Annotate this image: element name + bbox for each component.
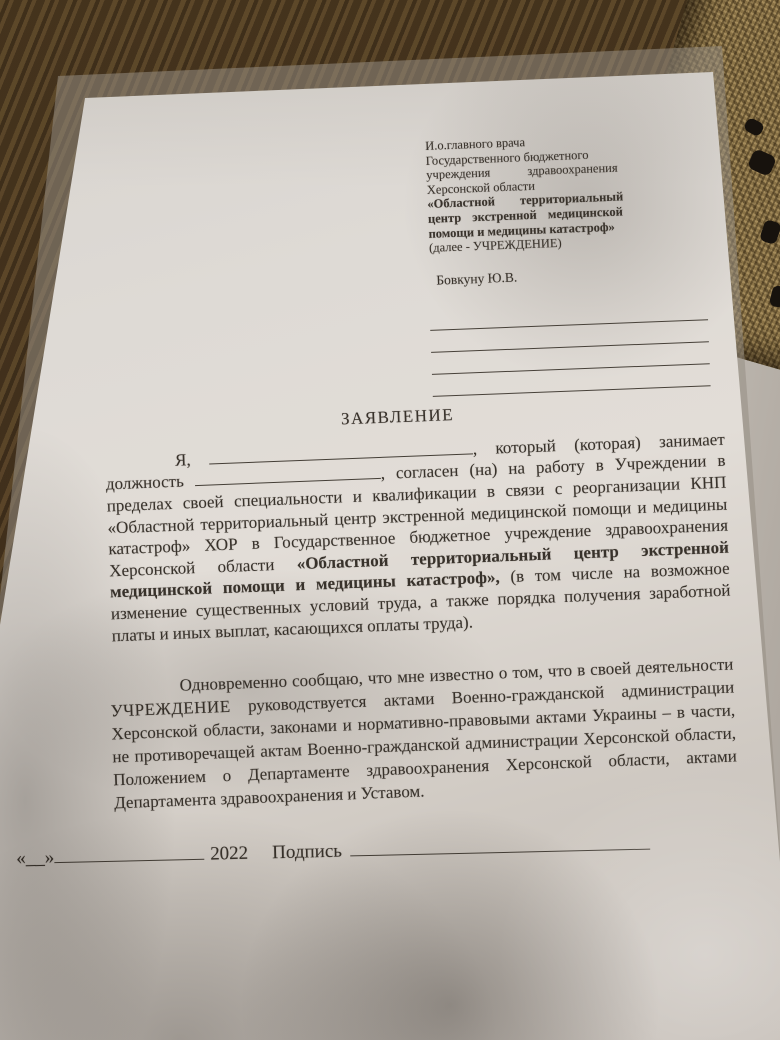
application-paragraph-1: Я, , который (которая) занимает должност… xyxy=(105,428,732,646)
para1-text: Я, xyxy=(175,450,191,470)
year-label: 2022 xyxy=(210,843,248,865)
addressee-name: Бовкуну Ю.В. xyxy=(436,261,722,288)
signature-label: Подпись xyxy=(272,841,342,864)
application-paragraph-2: Одновременно сообщаю, что мне известно о… xyxy=(109,653,738,815)
recipient-header-block: И.о.главного врача Государственного бюдж… xyxy=(425,128,719,256)
date-quotes: «__» xyxy=(16,847,54,869)
sender-blank-lines xyxy=(429,298,710,397)
photo-of-document: И.о.главного врача Государственного бюдж… xyxy=(0,0,780,1040)
signature-blank xyxy=(350,837,650,857)
fill-in-blank-position xyxy=(194,466,380,486)
para2-institution-caps: УЧРЕЖДЕНИЕ xyxy=(110,697,231,721)
document-content: И.о.главного врача Государственного бюдж… xyxy=(85,72,742,815)
date-blank xyxy=(54,847,204,863)
fill-in-blank-name xyxy=(209,441,473,464)
